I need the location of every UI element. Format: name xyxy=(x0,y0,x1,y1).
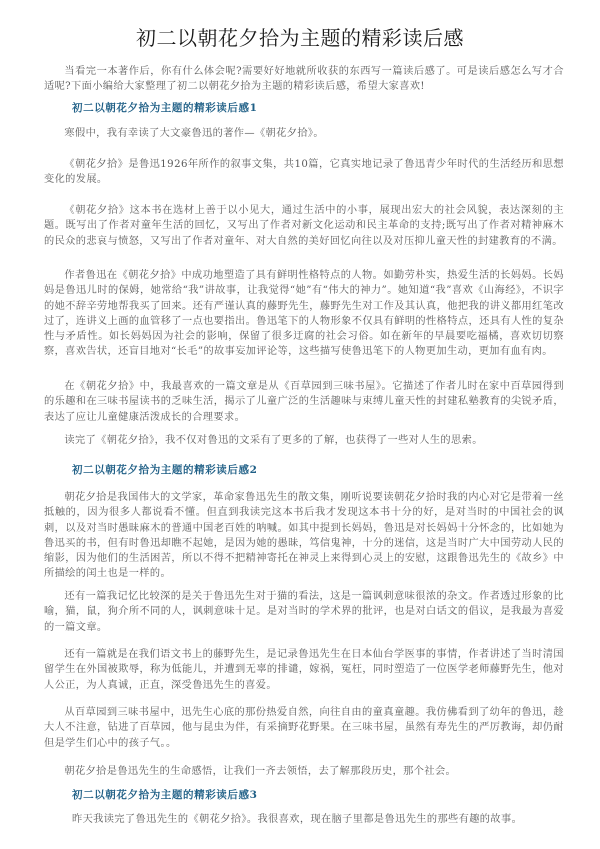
paragraph: 《朝花夕拾》这本书在选材上善于以小见大，通过生活中的小事，展现出宏大的社会风貌，… xyxy=(44,203,564,249)
paragraph: 从百草园到三味书屋中，迅先生心底的那份热爱自然，向往自由的童真童趣。我仿佛看到了… xyxy=(44,705,564,751)
paragraph: 昨天我读完了鲁迅先生的《朝花夕拾》。我很喜欢，现在脑子里都是鲁迅先生的那些有趣的… xyxy=(72,812,562,827)
paragraph: 还有一篇就是在我们语文书上的藤野先生，是记录鲁迅先生在日本仙台学医事的事情，作者… xyxy=(44,647,564,693)
paragraph: 在《朝花夕拾》中，我最喜欢的一篇文章是从《百草园到三味书屋》。它描述了作者儿时在… xyxy=(44,379,564,425)
section-heading-2: 初二以朝花夕拾为主题的精彩读后感2 xyxy=(72,462,258,477)
paragraph: 朝花夕拾是我国伟大的文学家，革命家鲁迅先生的散文集，刚听说要读朝花夕拾时我的内心… xyxy=(44,490,564,582)
paragraph: 寒假中，我有幸读了大文豪鲁迅的著作—《朝花夕拾》。 xyxy=(44,126,564,141)
paragraph: 还有一篇我记忆比较深的是关于鲁迅先生对于猫的看法，这是一篇讽刺意味很浓的杂文。作… xyxy=(44,589,564,635)
paragraph: 《朝花夕拾》是鲁迅1926年所作的叙事文集，共10篇，它真实地记录了鲁迅青少年时… xyxy=(44,157,564,188)
paragraph: 作者鲁迅在《朝花夕拾》中成功地塑造了具有鲜明性格特点的人物。如勤劳朴实，热爱生活… xyxy=(44,268,564,360)
section-heading-1: 初二以朝花夕拾为主题的精彩读后感1 xyxy=(72,100,258,115)
paragraph: 朝花夕拾是鲁迅先生的生命感悟，让我们一齐去领悟，去了解那段历史，那个社会。 xyxy=(44,764,564,779)
section-heading-3: 初二以朝花夕拾为主题的精彩读后感3 xyxy=(72,787,258,802)
document-page: 初二以朝花夕拾为主题的精彩读后感 当看完一本著作后，你有什么体会呢?需要好好地就… xyxy=(0,0,600,849)
intro-paragraph: 当看完一本著作后，你有什么体会呢?需要好好地就所收获的东西写一篇读后感了。可是读… xyxy=(44,64,564,95)
page-title: 初二以朝花夕拾为主题的精彩读后感 xyxy=(0,22,600,51)
paragraph: 读完了《朝花夕拾》，我不仅对鲁迅的文采有了更多的了解，也获得了一些对人生的思索。 xyxy=(44,433,564,448)
